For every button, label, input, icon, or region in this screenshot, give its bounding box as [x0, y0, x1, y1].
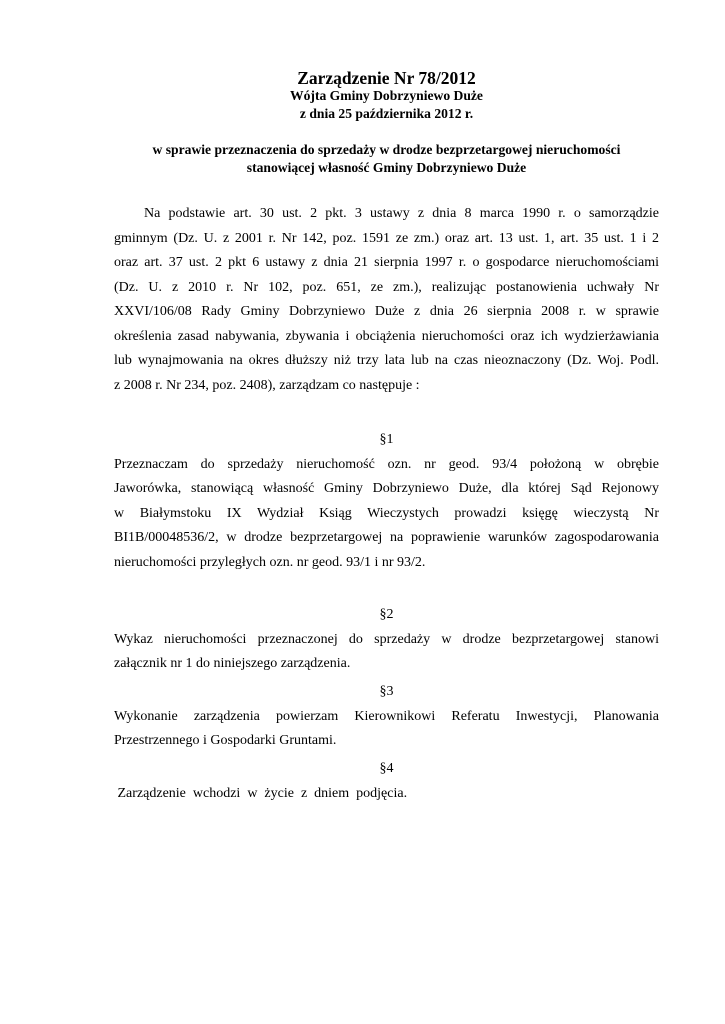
- preamble-line: oraz art. 37 ust. 2 pkt 6 ustawy z dnia …: [114, 255, 659, 271]
- preamble-line: (Dz. U. z 2010 r. Nr 102, poz. 651, ze z…: [114, 280, 659, 296]
- section-mark: §2: [114, 607, 659, 623]
- document-subject-line-2: stanowiącej własność Gminy Dobrzyniewo D…: [114, 160, 659, 176]
- section-line: Przestrzennego i Gospodarki Gruntami.: [114, 733, 659, 749]
- document-issuer: Wójta Gminy Dobrzyniewo Duże: [114, 88, 659, 104]
- preamble-line: gminnym (Dz. U. z 2001 r. Nr 142, poz. 1…: [114, 231, 659, 247]
- section-mark: §1: [114, 432, 659, 448]
- section-line: Wykonanie zarządzenia powierzam Kierowni…: [114, 709, 659, 725]
- preamble-line: określenia zasad nabywania, zbywania i o…: [114, 329, 659, 345]
- document-title: Zarządzenie Nr 78/2012: [114, 68, 659, 89]
- section-mark: §4: [114, 761, 659, 777]
- document-date: z dnia 25 października 2012 r.: [114, 106, 659, 122]
- document-subject-line-1: w sprawie przeznaczenia do sprzedaży w d…: [114, 142, 659, 158]
- preamble-line: XXVI/106/08 Rady Gminy Dobrzyniewo Duże …: [114, 304, 659, 320]
- section-line: Przeznaczam do sprzedaży nieruchomość oz…: [114, 457, 659, 473]
- preamble-line: lub wynajmowania na okres dłuższy niż tr…: [114, 353, 659, 369]
- section-line: Jaworówka, stanowiącą własność Gminy Dob…: [114, 481, 659, 497]
- preamble-line: z 2008 r. Nr 234, poz. 2408), zarządzam …: [114, 378, 659, 394]
- section-line: Wykaz nieruchomości przeznaczonej do spr…: [114, 632, 659, 648]
- section-line: BI1B/00048536/2, w drodze bezprzetargowe…: [114, 530, 659, 546]
- section-line: Zarządzenie wchodzi w życie z dniem podj…: [114, 786, 659, 802]
- section-mark: §3: [114, 684, 659, 700]
- section-line: nieruchomości przyległych ozn. nr geod. …: [114, 555, 659, 571]
- section-line: w Białymstoku IX Wydział Ksiąg Wieczysty…: [114, 506, 659, 522]
- preamble-line: Na podstawie art. 30 ust. 2 pkt. 3 ustaw…: [114, 206, 659, 222]
- section-line: załącznik nr 1 do niniejszego zarządzeni…: [114, 656, 659, 672]
